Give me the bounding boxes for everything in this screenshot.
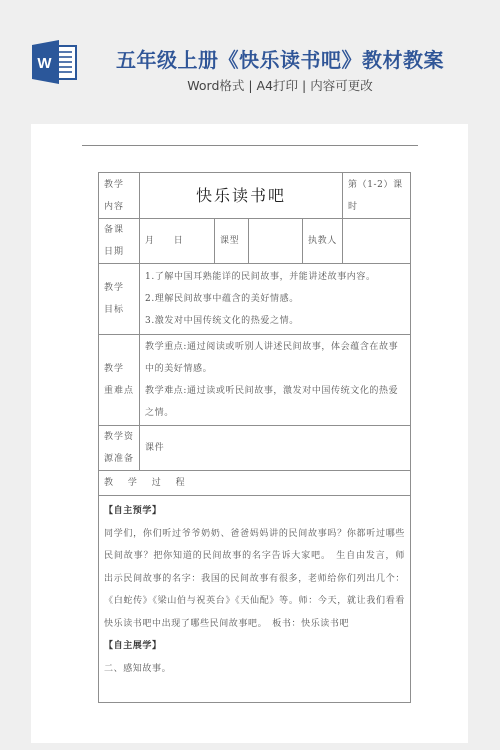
date-value: 月 日 [140, 219, 215, 264]
label-cell-resources: 教学资 源准备 [99, 426, 140, 471]
table-row-resources: 教学资 源准备 课件 [99, 426, 411, 471]
process-content: 【自主预学】 同学们，你们听过爷爷奶奶、爸爸妈妈讲的民间故事吗？你都听过哪些民间… [99, 496, 411, 703]
header-rule [82, 145, 418, 146]
table-row-process: 【自主预学】 同学们，你们听过爷爷奶奶、爸爸妈妈讲的民间故事吗？你都听过哪些民间… [99, 496, 411, 703]
table-row-process-header: 教 学 过 程 [99, 471, 411, 496]
label-cell-keypoints: 教学 重难点 [99, 335, 140, 426]
key-point-text: 教学重点:通过阅读或听别人讲述民间故事，体会蕴含在故事中的美好情感。 [145, 336, 405, 380]
section-body-display: 二、感知故事。 [104, 658, 405, 681]
document-page: 教学 内容 快乐读书吧 第（1-2）课 时 备课 日期 月 日 课型 执教人 教… [31, 124, 468, 743]
label-cell-content: 教学 内容 [99, 173, 140, 219]
table-row-keypoints: 教学 重难点 教学重点:通过阅读或听别人讲述民间故事，体会蕴含在故事中的美好情感… [99, 335, 411, 426]
label-cell-objectives: 教学 目标 [99, 264, 140, 335]
page-subtitle: Word格式 | A4打印 | 内容可更改 [110, 76, 450, 94]
table-row-objectives: 教学 目标 1.了解中国耳熟能详的民间故事，并能讲述故事内容。 2.理解民间故事… [99, 264, 411, 335]
table-row-content: 教学 内容 快乐读书吧 第（1-2）课 时 [99, 173, 411, 219]
type-value [249, 219, 303, 264]
keypoints-cell: 教学重点:通过阅读或听别人讲述民间故事，体会蕴含在故事中的美好情感。 教学难点:… [140, 335, 411, 426]
teacher-label: 执教人 [303, 219, 343, 264]
lesson-plan-table: 教学 内容 快乐读书吧 第（1-2）课 时 备课 日期 月 日 课型 执教人 教… [98, 172, 411, 703]
label-cell-date: 备课 日期 [99, 219, 140, 264]
section-title-display: 【自主展学】 [104, 635, 405, 658]
objective-item: 3.激发对中国传统文化的热爱之情。 [145, 310, 405, 332]
table-row-date: 备课 日期 月 日 课型 执教人 [99, 219, 411, 264]
objective-item: 1.了解中国耳熟能详的民间故事，并能讲述故事内容。 [145, 266, 405, 288]
objective-item: 2.理解民间故事中蕴含的美好情感。 [145, 288, 405, 310]
svg-text:W: W [37, 55, 52, 72]
teacher-value [343, 219, 411, 264]
type-label: 课型 [215, 219, 249, 264]
objectives-cell: 1.了解中国耳熟能详的民间故事，并能讲述故事内容。 2.理解民间故事中蕴含的美好… [140, 264, 411, 335]
word-document-icon: W [32, 40, 77, 84]
process-header: 教 学 过 程 [99, 471, 411, 496]
period-cell: 第（1-2）课 时 [343, 173, 411, 219]
section-body-preview: 同学们，你们听过爷爷奶奶、爸爸妈妈讲的民间故事吗？你都听过哪些民间故事？把你知道… [104, 523, 405, 636]
difficulty-text: 教学难点:通过读或听民间故事，激发对中国传统文化的热爱之情。 [145, 380, 405, 424]
page-header: W 五年级上册《快乐读书吧》教材教案 Word格式 | A4打印 | 内容可更改 [0, 0, 500, 120]
lesson-title: 快乐读书吧 [140, 173, 343, 219]
resources-value: 课件 [140, 426, 411, 471]
page-title: 五年级上册《快乐读书吧》教材教案 [110, 44, 450, 73]
section-title-preview: 【自主预学】 [104, 500, 405, 523]
